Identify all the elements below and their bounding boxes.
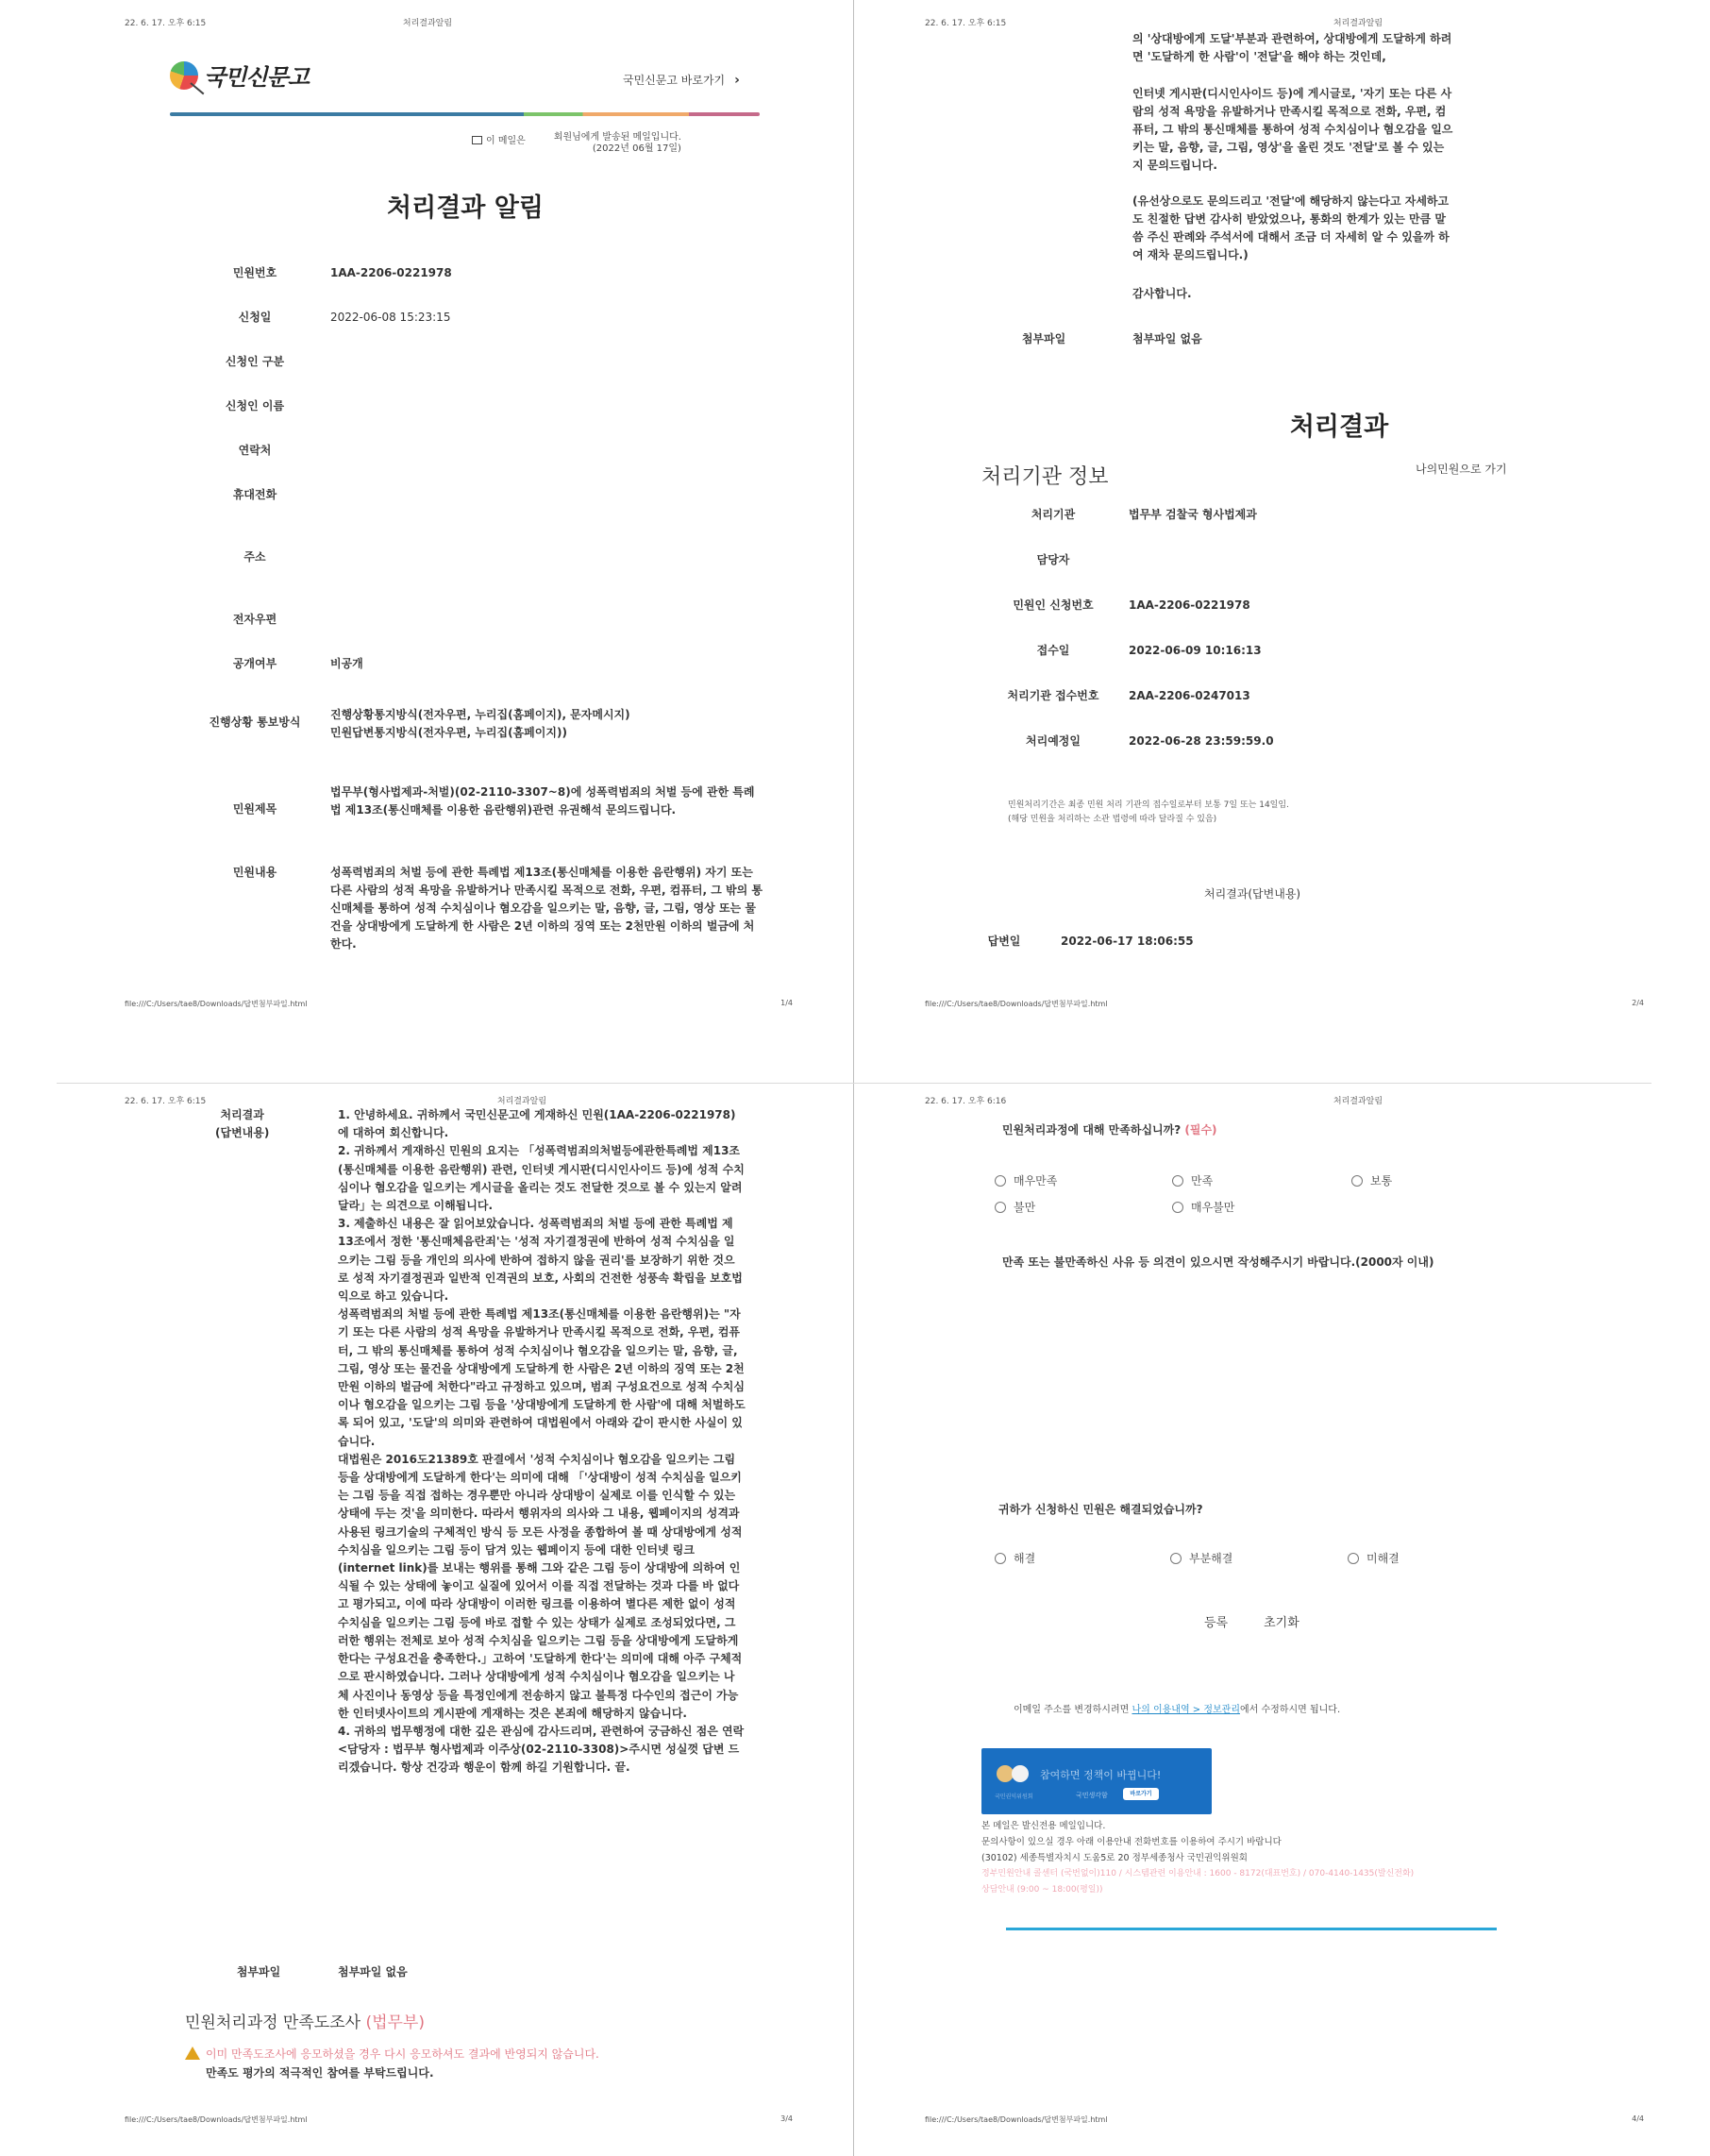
print-title: 처리결과알림 xyxy=(94,1094,855,1106)
row-value: 첨부파일 없음 xyxy=(1132,330,1540,348)
info-row: 민원내용 성폭력범죄의 처벌 등에 관한 특례법 제13조(통신매체를 이용한 … xyxy=(179,864,764,953)
answer-label: 처리결과 (답변내용) xyxy=(215,1106,269,1142)
radio-icon[interactable] xyxy=(995,1202,1006,1213)
info-row: 전자우편 xyxy=(179,611,764,655)
print-path: file:///C:/Users/tae8/Downloads/답변첨부파일.h… xyxy=(925,2114,1108,2125)
answer-attachment-row: 첨부파일 첨부파일 없음 xyxy=(179,1963,764,1981)
row-value: 성폭력범죄의 처벌 등에 관한 특례법 제13조(통신매체를 이용한 음란행위)… xyxy=(330,864,764,953)
mail-notice: 이 메일은 회원님에게 발송된 메일입니다. (2022년 06월 17일) xyxy=(472,132,681,155)
row-value: 비공개 xyxy=(330,655,764,673)
radio-dissatisfied[interactable]: 불만 xyxy=(995,1199,1035,1215)
contact-line-2: 상담안내 (9:00 ~ 18:00(평일)) xyxy=(981,1882,1414,1898)
address: (30102) 세종특별자치시 도움5로 20 정부세종청사 국민권익위원회 xyxy=(981,1850,1414,1866)
radio-label: 만족 xyxy=(1191,1172,1213,1188)
survey-buttons: 등록 초기화 xyxy=(1204,1612,1299,1630)
row-label: 담당자 xyxy=(978,551,1129,569)
petition-subject: 민원제목 법무부(형사법제과-처벌)(02-2110-3307~8)에 성폭력범… xyxy=(179,783,764,819)
radio-label: 부분해결 xyxy=(1189,1550,1232,1566)
period-note-line1: 민원처리기간은 최종 민원 처리 기관의 접수일로부터 보통 7일 또는 14일… xyxy=(1008,799,1289,813)
info-row: 접수일2022-06-09 10:16:13 xyxy=(978,642,1563,687)
radio-very-dissatisfied[interactable]: 매우불만 xyxy=(1172,1199,1234,1215)
row-label: 진행상황 통보방식 xyxy=(179,706,330,732)
radio-icon[interactable] xyxy=(1172,1202,1183,1213)
answer-paragraph: 2. 귀하께서 게재하신 민원의 요지는 「성폭력범죄의처벌등에관한특례법 제1… xyxy=(338,1142,746,1215)
logo-text: 국민신문고 xyxy=(204,59,309,92)
answer-label-line2: (답변내용) xyxy=(215,1124,269,1142)
submit-button[interactable]: 등록 xyxy=(1204,1612,1228,1630)
row-value: 2022-06-17 18:06:55 xyxy=(1061,933,1533,951)
answer-body: 1. 안녕하세요. 귀하께서 국민신문고에 게재하신 민원(1AA-2206-0… xyxy=(338,1106,746,1777)
survey-heading-text: 민원처리과정 만족도조사 xyxy=(185,2013,360,2032)
notify-line-1: 진행상황통지방식(전자우편, 누리집(홈페이지), 문자메시지) xyxy=(330,706,764,724)
radio-neutral[interactable]: 보통 xyxy=(1351,1172,1392,1188)
info-row: 민원인 신청번호1AA-2206-0221978 xyxy=(978,597,1563,642)
row-value: 법무부(형사법제과-처벌)(02-2110-3307~8)에 성폭력범죄의 처벌… xyxy=(330,783,764,819)
info-row: 민원번호1AA-2206-0221978 xyxy=(179,264,764,309)
chevron-right-icon: › xyxy=(734,73,740,88)
row-label: 공개여부 xyxy=(179,655,330,673)
logo-icon xyxy=(170,61,198,90)
info-row: 신청일2022-06-08 15:23:15 xyxy=(179,309,764,353)
participation-banner[interactable]: 참여하면 정책이 바뀝니다! 국민권익위원회 국민생각함 바로가기 xyxy=(981,1748,1212,1814)
answer-paragraph: 4. 귀하의 법무행정에 대한 깊은 관심에 감사드리며, 관련하여 궁금하신 … xyxy=(338,1723,746,1777)
print-title: 처리결과알림 xyxy=(930,16,1710,28)
print-title: 처리결과알림 xyxy=(0,16,855,28)
row-label: 신청인 이름 xyxy=(179,397,330,415)
attachment-row: 첨부파일 첨부파일 없음 xyxy=(955,330,1540,348)
footer-divider xyxy=(1006,1928,1497,1930)
page-2: 22. 6. 17. 오후 6:15 처리결과알림 의 '상대방에게 도달'부분… xyxy=(855,0,1710,1078)
logo[interactable]: 국민신문고 xyxy=(170,59,309,92)
info-management-link[interactable]: 나의 이용내역 > 정보관리 xyxy=(1132,1705,1240,1715)
row-label: 민원번호 xyxy=(179,264,330,282)
radio-icon[interactable] xyxy=(995,1175,1006,1187)
row-label: 연락처 xyxy=(179,442,330,460)
survey-q1: 민원처리과정에 대해 만족하십니까? (필수) xyxy=(1002,1121,1217,1137)
mail-notice-line1: 회원님에게 발송된 메일입니다. xyxy=(554,132,681,143)
survey-warning: 이미 만족도조사에 응모하셨을 경우 다시 응모하셔도 결과에 반영되지 않습니… xyxy=(185,2045,599,2082)
info-row: 첨부파일 첨부파일 없음 xyxy=(179,1963,764,1981)
notify-method: 진행상황 통보방식 진행상황통지방식(전자우편, 누리집(홈페이지), 문자메시… xyxy=(179,706,764,742)
processing-period-note: 민원처리기간은 최종 민원 처리 기관의 접수일로부터 보통 7일 또는 14일… xyxy=(1008,799,1289,827)
row-label: 처리기관 xyxy=(978,506,1129,524)
info-row: 첨부파일 첨부파일 없음 xyxy=(955,330,1540,348)
info-row: 신청인 이름 xyxy=(179,397,764,442)
agency-section-heading: 처리기관 정보 xyxy=(981,461,1109,490)
banner-sub: 국민생각함 xyxy=(1076,1791,1108,1800)
radio-partially-resolved[interactable]: 부분해결 xyxy=(1170,1550,1232,1566)
row-value: 2022-06-08 15:23:15 xyxy=(330,309,764,327)
info-row: 민원제목 법무부(형사법제과-처벌)(02-2110-3307~8)에 성폭력범… xyxy=(179,783,764,819)
answer-paragraph: 대법원은 2016도21389호 판결에서 '성적 수치심이나 혐오감을 일으키… xyxy=(338,1451,746,1723)
row-value: 1AA-2206-0221978 xyxy=(330,264,764,282)
info-row: 담당자 xyxy=(978,551,1563,597)
row-label: 민원인 신청번호 xyxy=(978,597,1129,615)
my-petitions-link[interactable]: 나의민원으로 가기 xyxy=(1416,461,1507,477)
footer-info: 본 메일은 발신전용 메일입니다. 문의사항이 있으실 경우 아래 이용안내 전… xyxy=(981,1818,1414,1898)
brand-divider xyxy=(170,112,760,116)
mail-icon xyxy=(472,136,482,144)
content-closing: 감사합니다. xyxy=(1132,285,1453,303)
row-label: 신청인 구분 xyxy=(179,353,330,371)
agency-info: 처리기관법무부 검찰국 형사법제과 담당자 민원인 신청번호1AA-2206-0… xyxy=(978,506,1563,778)
answer-label-line1: 처리결과 xyxy=(215,1106,269,1124)
email-note-text: 에서 수정하시면 됩니다. xyxy=(1240,1705,1340,1715)
info-row: 공개여부비공개 xyxy=(179,655,764,693)
banner-button[interactable]: 바로가기 xyxy=(1123,1788,1159,1800)
survey-q3: 귀하가 신청하신 민원은 해결되었습니까? xyxy=(998,1501,1203,1517)
notify-line-2: 민원답변통지방식(전자우편, 누리집(홈페이지)) xyxy=(330,724,764,742)
survey-q2: 만족 또는 불만족하신 사유 등 의견이 있으시면 작성해주시기 바랍니다.(2… xyxy=(1002,1254,1433,1270)
shortcut-link[interactable]: 국민신문고 바로가기 › xyxy=(623,72,740,88)
result-title: 처리결과 xyxy=(912,406,1710,443)
radio-icon[interactable] xyxy=(1170,1553,1182,1564)
content-paragraph: 인터넷 게시판(디시인사이드 등)에 게시글로, '자기 또는 다른 사람의 성… xyxy=(1132,85,1453,175)
radio-icon[interactable] xyxy=(995,1553,1006,1564)
answer-paragraph: 3. 제출하신 내용은 잘 읽어보았습니다. 성폭력범죄의 처벌 등에 관한 특… xyxy=(338,1215,746,1305)
radio-very-satisfied[interactable]: 매우만족 xyxy=(995,1172,1057,1188)
row-label: 주소 xyxy=(179,548,330,566)
row-label: 접수일 xyxy=(978,642,1129,660)
radio-resolved[interactable]: 해결 xyxy=(995,1550,1035,1566)
page-number: 3/4 xyxy=(780,2114,793,2123)
mail-notice-left: 이 메일은 xyxy=(486,136,526,146)
print-path: file:///C:/Users/tae8/Downloads/답변첨부파일.h… xyxy=(125,999,308,1009)
answer-paragraph: 성폭력범죄의 처벌 등에 관한 특례법 제13조(통신매체를 이용한 음란행위)… xyxy=(338,1305,746,1451)
mail-notice-line2: (2022년 06월 17일) xyxy=(554,143,681,155)
email-change-note: 이메일 주소를 변경하시려면 나의 이용내역 > 정보관리에서 수정하시면 됩니… xyxy=(1014,1701,1340,1715)
print-path: file:///C:/Users/tae8/Downloads/답변첨부파일.h… xyxy=(925,999,1108,1009)
radio-icon[interactable] xyxy=(1348,1553,1359,1564)
info-row: 처리기관법무부 검찰국 형사법제과 xyxy=(978,506,1563,551)
petition-info: 민원번호1AA-2206-0221978 신청일2022-06-08 15:23… xyxy=(179,264,764,693)
page-4: 22. 6. 17. 오후 6:16 처리결과알림 민원처리과정에 대해 만족하… xyxy=(855,1078,1710,2156)
print-path: file:///C:/Users/tae8/Downloads/답변첨부파일.h… xyxy=(125,2114,308,2125)
info-row: 진행상황 통보방식 진행상황통지방식(전자우편, 누리집(홈페이지), 문자메시… xyxy=(179,706,764,742)
warning-dark-text: 만족도 평가의 적극적인 참여를 부탁드립니다. xyxy=(185,2063,599,2082)
radio-label: 매우불만 xyxy=(1191,1199,1234,1215)
content-continued: 의 '상대방에게 도달'부분과 관련하여, 상대방에게 도달하게 하려면 '도달… xyxy=(1132,30,1453,66)
row-label: 답변일 xyxy=(947,933,1061,951)
radio-label: 미해결 xyxy=(1366,1550,1400,1566)
radio-satisfied[interactable]: 만족 xyxy=(1172,1172,1213,1188)
row-value: 2AA-2206-0247013 xyxy=(1129,687,1563,705)
row-label: 첨부파일 xyxy=(179,1963,338,1981)
row-value: 2022-06-28 23:59:59.0 xyxy=(1129,733,1563,750)
row-value: 1AA-2206-0221978 xyxy=(1129,597,1563,615)
banner-title: 참여하면 정책이 바뀝니다! xyxy=(1040,1767,1161,1782)
info-row: 주소 xyxy=(179,548,764,611)
send-only-notice: 본 메일은 발신전용 메일입니다. xyxy=(981,1818,1414,1834)
mascot-icon xyxy=(1012,1765,1029,1782)
info-row: 답변일 2022-06-17 18:06:55 xyxy=(947,933,1533,951)
row-label: 민원제목 xyxy=(179,783,330,818)
row-value: 2022-06-09 10:16:13 xyxy=(1129,642,1563,660)
inquiry-notice: 문의사항이 있으실 경우 아래 이용안내 전화번호를 이용하여 주시기 바랍니다 xyxy=(981,1834,1414,1850)
row-value: 첨부파일 없음 xyxy=(338,1963,764,1981)
answer-paragraph: 1. 안녕하세요. 귀하께서 국민신문고에 게재하신 민원(1AA-2206-0… xyxy=(338,1106,746,1142)
row-label: 첨부파일 xyxy=(955,330,1132,348)
row-label: 민원내용 xyxy=(179,864,330,882)
page-number: 2/4 xyxy=(1632,999,1644,1007)
q1-text: 민원처리과정에 대해 만족하십니까? xyxy=(1002,1123,1181,1137)
radio-unresolved[interactable]: 미해결 xyxy=(1348,1550,1400,1566)
contact-line-1: 정부민원안내 콜센터 (국번없이)110 / 시스템관련 이용안내 : 1600… xyxy=(981,1866,1414,1882)
page-3: 22. 6. 17. 오후 6:15 처리결과알림 처리결과 (답변내용) 1.… xyxy=(0,1078,855,2156)
page-1: 22. 6. 17. 오후 6:15 처리결과알림 국민신문고 국민신문고 바로… xyxy=(0,0,855,1078)
email-note-text: 이메일 주소를 변경하시려면 xyxy=(1014,1705,1129,1715)
radio-icon[interactable] xyxy=(1172,1175,1183,1187)
shortcut-label: 국민신문고 바로가기 xyxy=(623,72,725,88)
warning-icon xyxy=(185,2047,200,2060)
row-label: 처리예정일 xyxy=(978,733,1129,750)
answer-date-row: 답변일 2022-06-17 18:06:55 xyxy=(947,933,1533,951)
info-row: 휴대전화 xyxy=(179,486,764,548)
radio-label: 보통 xyxy=(1370,1172,1392,1188)
period-note-line2: (해당 민원을 처리하는 소관 법령에 따라 달라질 수 있음) xyxy=(1008,813,1289,827)
q1-required: (필수) xyxy=(1184,1123,1216,1137)
radio-icon[interactable] xyxy=(1351,1175,1363,1187)
radio-label: 불만 xyxy=(1014,1199,1035,1215)
row-label: 처리기관 접수번호 xyxy=(978,687,1129,705)
row-label: 전자우편 xyxy=(179,611,330,629)
info-row: 처리예정일2022-06-28 23:59:59.0 xyxy=(978,733,1563,778)
warning-red-text: 이미 만족도조사에 응모하셨을 경우 다시 응모하셔도 결과에 반영되지 않습니… xyxy=(206,2047,599,2061)
row-label: 휴대전화 xyxy=(179,486,330,504)
page-number: 4/4 xyxy=(1632,2114,1644,2123)
banner-org: 국민권익위원회 xyxy=(995,1792,1033,1800)
radio-label: 매우만족 xyxy=(1014,1172,1057,1188)
row-value: 진행상황통지방식(전자우편, 누리집(홈페이지), 문자메시지) 민원답변통지방… xyxy=(330,706,764,742)
page-number: 1/4 xyxy=(780,999,793,1007)
survey-heading: 민원처리과정 만족도조사 (법무부) xyxy=(185,2009,425,2032)
row-value: 법무부 검찰국 형사법제과 xyxy=(1129,506,1563,524)
page-title: 처리결과 알림 xyxy=(38,187,855,224)
info-row: 처리기관 접수번호2AA-2206-0247013 xyxy=(978,687,1563,733)
content-paragraph: (유선상으로도 문의드리고 '전달'에 해당하지 않는다고 자세하고도 친절한 … xyxy=(1132,193,1453,264)
row-label: 신청일 xyxy=(179,309,330,327)
answer-heading: 처리결과(답변내용) xyxy=(1204,885,1300,901)
reset-button[interactable]: 초기화 xyxy=(1264,1612,1299,1630)
info-row: 연락처 xyxy=(179,442,764,486)
info-row: 신청인 구분 xyxy=(179,353,764,397)
radio-label: 해결 xyxy=(1014,1550,1035,1566)
petition-content: 민원내용 성폭력범죄의 처벌 등에 관한 특례법 제13조(통신매체를 이용한 … xyxy=(179,864,764,953)
survey-heading-org: (법무부) xyxy=(365,2013,425,2032)
print-title: 처리결과알림 xyxy=(930,1094,1710,1106)
